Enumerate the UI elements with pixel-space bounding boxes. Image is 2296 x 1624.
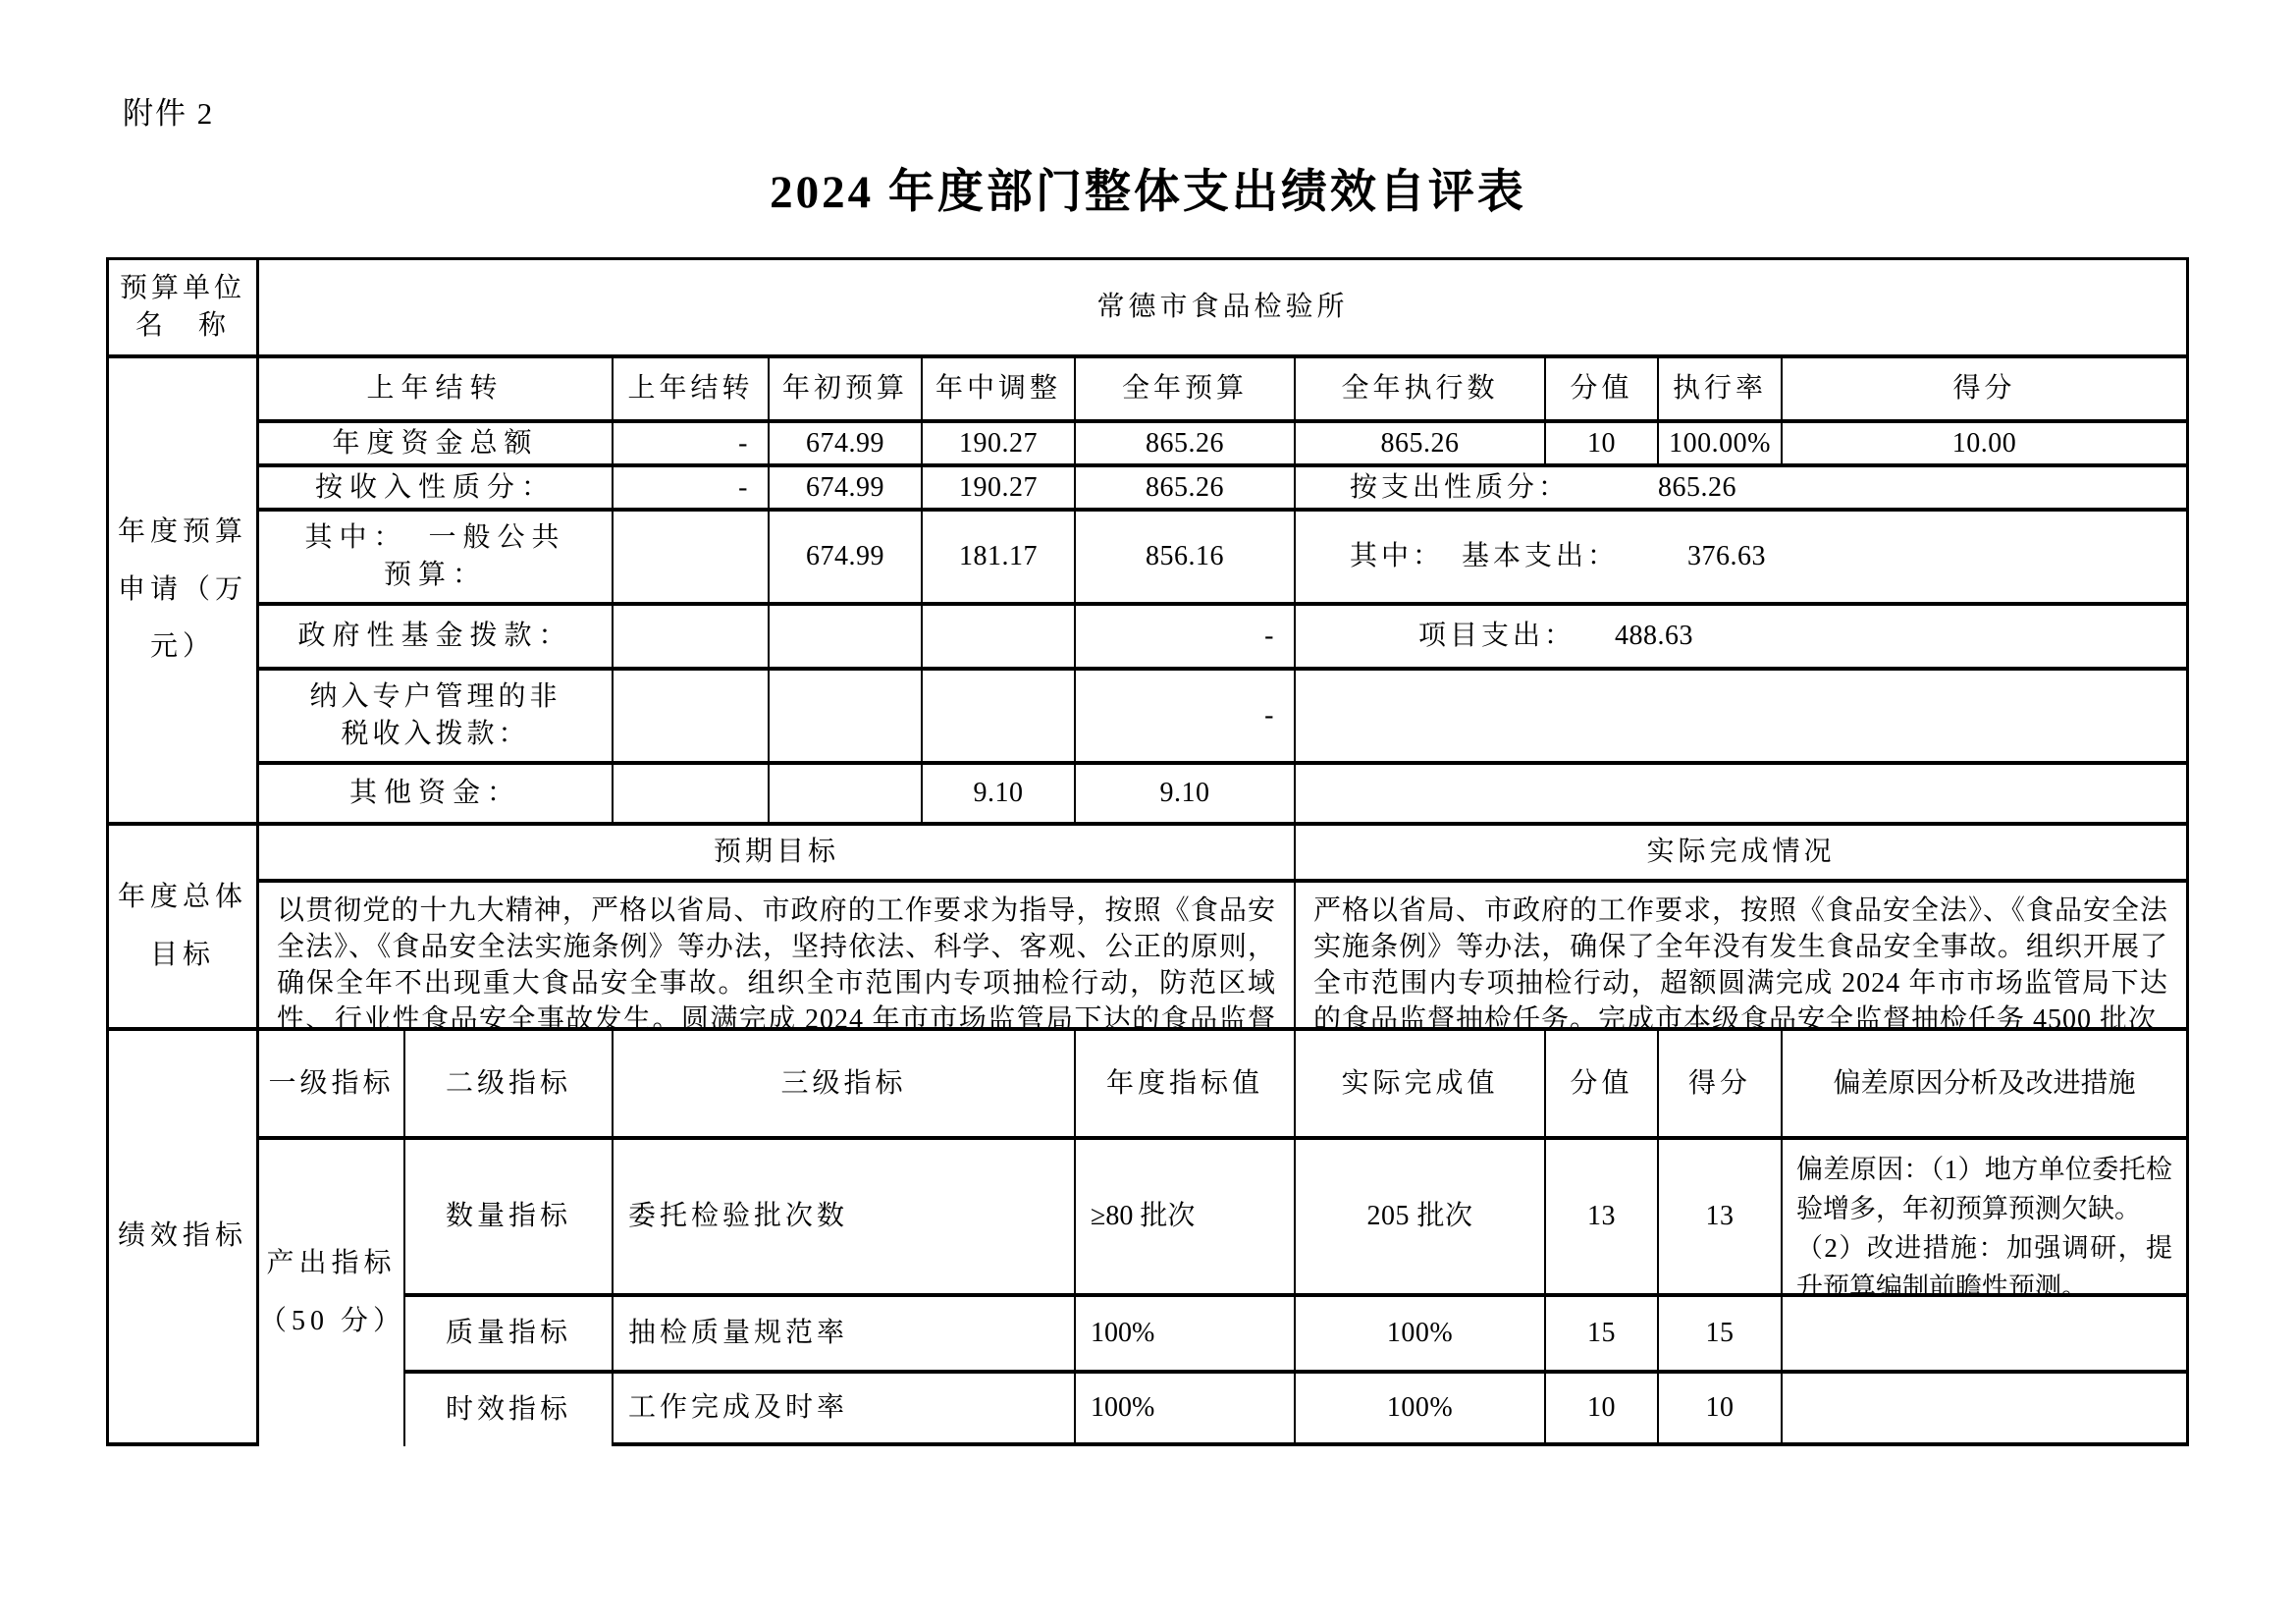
perf-header-score: 得分 xyxy=(1659,1031,1783,1140)
budget-header-executed: 全年执行数 xyxy=(1296,358,1546,423)
perf-row-timeliness-actual: 100% xyxy=(1296,1374,1546,1446)
perf-header-target: 年度指标值 xyxy=(1076,1031,1296,1140)
gov-fund-mid-adjust xyxy=(923,606,1076,671)
perf-row-quality-deviation xyxy=(1783,1297,2189,1374)
budget-header-score: 得分 xyxy=(1783,358,2189,423)
perf-row-quantity-score: 13 xyxy=(1659,1140,1783,1297)
special-account-carryover xyxy=(614,671,770,765)
self-evaluation-table: 预算单位 名 称 常德市食品检验所 年度预算 申请（万 元） 上年结转 上年结转… xyxy=(106,257,2189,1446)
performance-section-label: 绩效指标 xyxy=(109,1031,259,1446)
perf-row-quality-target: 100% xyxy=(1076,1297,1296,1374)
other-funds-mid-adjust: 9.10 xyxy=(923,765,1076,826)
document-page: 附件 2 2024 年度部门整体支出绩效自评表 预算单位 名 称 常德市食品检验… xyxy=(0,0,2296,1624)
perf-header-score-value: 分值 xyxy=(1546,1031,1659,1140)
perf-row-timeliness-deviation xyxy=(1783,1374,2189,1446)
total-full-year: 865.26 xyxy=(1076,423,1296,467)
expenditure-nature-cell: 按支出性质分： 865.26 xyxy=(1296,467,2189,512)
perf-level1-output-indicator: 产出指标 （50 分） xyxy=(259,1140,405,1446)
perf-row-quantity-level3: 委托检验批次数 xyxy=(614,1140,1076,1297)
budget-header-label-col: 上年结转 xyxy=(259,358,614,423)
special-account-label: 纳入专户管理的非税收入拨款： xyxy=(259,671,614,765)
total-carryover: - xyxy=(614,423,770,467)
perf-row-quality-level3: 抽检质量规范率 xyxy=(614,1297,1076,1374)
perf-row-quality-score: 15 xyxy=(1659,1297,1783,1374)
perf-row-quantity-level2: 数量指标 xyxy=(405,1140,614,1297)
other-funds-right-cell xyxy=(1296,765,2189,826)
total-executed: 865.26 xyxy=(1296,423,1546,467)
income-row-label: 按收入性质分： xyxy=(259,467,614,512)
special-account-full-year: - xyxy=(1076,671,1296,765)
income-initial: 674.99 xyxy=(770,467,923,512)
perf-row-timeliness-score-value: 10 xyxy=(1546,1374,1659,1446)
budget-header-full-year: 全年预算 xyxy=(1076,358,1296,423)
basic-expenditure-cell: 其中： 基本支出： 376.63 xyxy=(1296,512,2189,606)
public-budget-mid-adjust: 181.17 xyxy=(923,512,1076,606)
perf-row-quantity-actual: 205 批次 xyxy=(1296,1140,1546,1297)
income-full-year: 865.26 xyxy=(1076,467,1296,512)
special-account-right-cell xyxy=(1296,671,2189,765)
other-funds-carryover xyxy=(614,765,770,826)
budget-header-score-value: 分值 xyxy=(1546,358,1659,423)
basic-expenditure-label: 其中： 基本支出： xyxy=(1350,538,1619,575)
budget-header-exec-rate: 执行率 xyxy=(1659,358,1783,423)
public-budget-label: 其中： 一般公共预算： xyxy=(259,512,614,606)
public-budget-full-year: 856.16 xyxy=(1076,512,1296,606)
perf-row-timeliness-score: 10 xyxy=(1659,1374,1783,1446)
perf-row-quantity-target: ≥80 批次 xyxy=(1076,1140,1296,1297)
project-expenditure-value: 488.63 xyxy=(1615,618,1693,655)
annual-goal-section-label: 年度总体 目标 xyxy=(109,826,259,1031)
perf-row-quality-score-value: 15 xyxy=(1546,1297,1659,1374)
total-mid-adjust: 190.27 xyxy=(923,423,1076,467)
budget-header-mid-adjust: 年中调整 xyxy=(923,358,1076,423)
budget-header-carryover: 上年结转 xyxy=(614,358,770,423)
unit-name-value: 常德市食品检验所 xyxy=(259,260,2189,358)
total-initial: 674.99 xyxy=(770,423,923,467)
income-carryover: - xyxy=(614,467,770,512)
expected-goal-header: 预期目标 xyxy=(259,826,1296,883)
project-expenditure-label: 项目支出： xyxy=(1418,618,1575,655)
total-exec-rate: 100.00% xyxy=(1659,423,1783,467)
page-title: 2024 年度部门整体支出绩效自评表 xyxy=(0,155,2296,221)
gov-fund-initial xyxy=(770,606,923,671)
perf-header-level3: 三级指标 xyxy=(614,1031,1076,1140)
perf-row-quality-level2: 质量指标 xyxy=(405,1297,614,1374)
public-budget-carryover xyxy=(614,512,770,606)
perf-row-quantity-deviation: 偏差原因：（1）地方单位委托检验增多，年初预算预测欠缺。 （2）改进措施：加强调… xyxy=(1783,1140,2189,1297)
expenditure-nature-value: 865.26 xyxy=(1658,469,1736,507)
public-budget-initial: 674.99 xyxy=(770,512,923,606)
total-score: 10.00 xyxy=(1783,423,2189,467)
basic-expenditure-value: 376.63 xyxy=(1687,538,1766,575)
perf-row-timeliness-level3: 工作完成及时率 xyxy=(614,1374,1076,1446)
unit-name-label: 预算单位 名 称 xyxy=(109,260,259,358)
special-account-initial xyxy=(770,671,923,765)
gov-fund-carryover xyxy=(614,606,770,671)
actual-completion-header: 实际完成情况 xyxy=(1296,826,2189,883)
project-expenditure-cell: 项目支出： 488.63 xyxy=(1296,606,2189,671)
perf-row-timeliness-level2: 时效指标 xyxy=(405,1374,614,1446)
perf-header-actual: 实际完成值 xyxy=(1296,1031,1546,1140)
perf-row-quality-actual: 100% xyxy=(1296,1297,1546,1374)
actual-completion-text: 严格以省局、市政府的工作要求，按照《食品安全法》、《食品安全法实施条例》等办法，… xyxy=(1296,883,2189,1031)
expected-goal-text: 以贯彻党的十九大精神，严格以省局、市政府的工作要求为指导，按照《食品安全法》、《… xyxy=(259,883,1296,1031)
budget-header-initial: 年初预算 xyxy=(770,358,923,423)
perf-header-level1: 一级指标 xyxy=(259,1031,405,1140)
other-funds-label: 其他资金： xyxy=(259,765,614,826)
attachment-label: 附件 2 xyxy=(123,88,214,133)
gov-fund-full-year: - xyxy=(1076,606,1296,671)
special-account-mid-adjust xyxy=(923,671,1076,765)
other-funds-full-year: 9.10 xyxy=(1076,765,1296,826)
perf-row-quantity-score-value: 13 xyxy=(1546,1140,1659,1297)
total-row-label: 年度资金总额 xyxy=(259,423,614,467)
perf-header-deviation: 偏差原因分析及改进措施 xyxy=(1783,1031,2189,1140)
expenditure-nature-label: 按支出性质分： xyxy=(1350,469,1570,507)
perf-row-timeliness-target: 100% xyxy=(1076,1374,1296,1446)
budget-section-label: 年度预算 申请（万 元） xyxy=(109,358,259,826)
perf-header-level2: 二级指标 xyxy=(405,1031,614,1140)
income-mid-adjust: 190.27 xyxy=(923,467,1076,512)
gov-fund-label: 政府性基金拨款： xyxy=(259,606,614,671)
other-funds-initial xyxy=(770,765,923,826)
total-score-value: 10 xyxy=(1546,423,1659,467)
